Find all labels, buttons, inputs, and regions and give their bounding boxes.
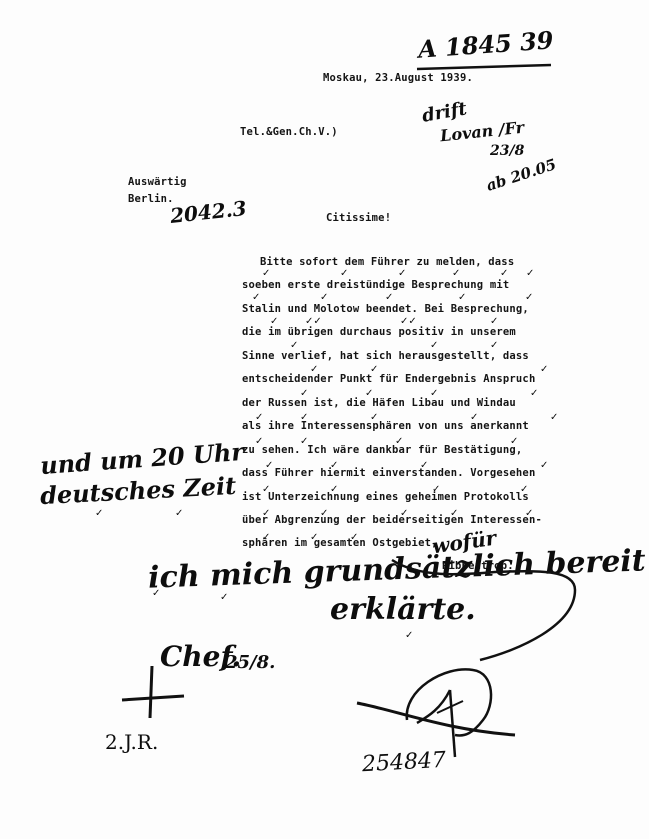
initials-date: 25/8. xyxy=(225,652,275,673)
signature-curve-stroke xyxy=(0,0,649,839)
lower-left-note: 2.J.R. xyxy=(105,730,158,754)
document-page: A 1845 39 Moskau, 23.August 1939. Tel.&G… xyxy=(0,0,649,839)
stamp-number: 254847 xyxy=(361,748,446,777)
